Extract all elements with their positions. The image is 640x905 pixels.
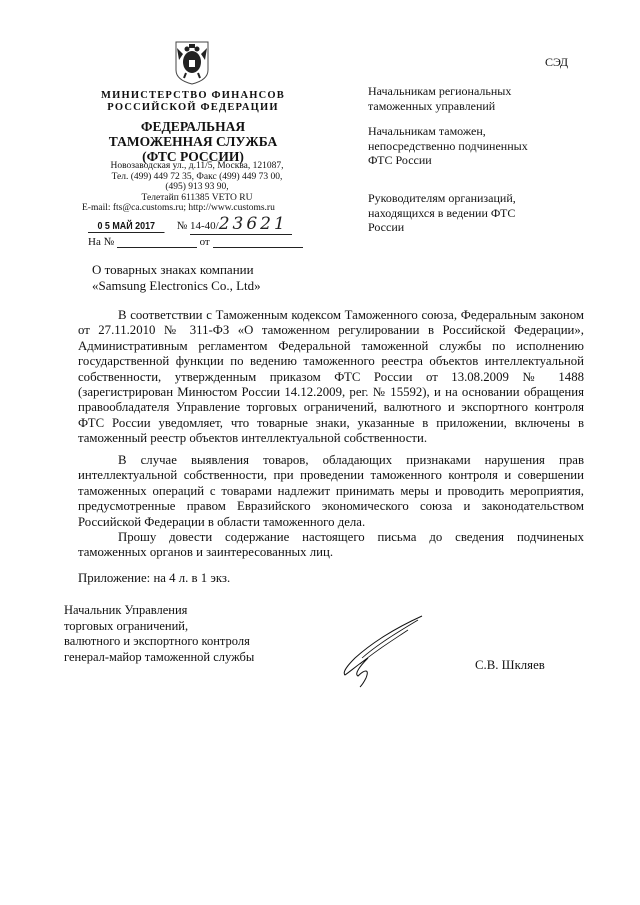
handwritten-number: 23621 — [219, 214, 288, 234]
reference-line: На № от — [88, 236, 303, 248]
addressee-organizations: Руководителям организаций, находящихся в… — [368, 191, 598, 235]
contact-details: Новозаводская ул., д.11/5, Москва, 12108… — [92, 161, 302, 203]
body-paragraph-2: В случае выявления товаров, обладающих п… — [78, 453, 584, 530]
sed-marker: СЭД — [545, 55, 568, 70]
registration-line: 0 5 МАЙ 2017 № 14-40/23621 — [88, 214, 292, 234]
document-number: 14-40/23621 — [190, 214, 292, 235]
body-paragraph-3: Прошу довести содержание настоящего пись… — [78, 530, 584, 561]
email-website: E-mail: fts@ca.customs.ru; http://www.cu… — [82, 203, 275, 213]
signer-position: Начальник Управления торговых ограничени… — [64, 603, 254, 665]
number-label: № — [177, 220, 188, 232]
date-stamp: 0 5 МАЙ 2017 — [88, 220, 165, 233]
body-paragraph-1: В соответствии с Таможенным кодексом Там… — [78, 308, 584, 447]
handwritten-signature-icon — [320, 608, 430, 688]
ref-date-blank — [213, 237, 303, 248]
addressee-customs: Начальникам таможен, непосредственно под… — [368, 124, 598, 168]
service-name: ФЕДЕРАЛЬНАЯ ТАМОЖЕННАЯ СЛУЖБА (ФТС РОССИ… — [88, 119, 298, 164]
signer-name: С.В. Шкляев — [475, 658, 545, 673]
letter-subject: О товарных знаках компании «Samsung Elec… — [92, 262, 261, 293]
ref-number-blank — [117, 237, 197, 248]
attachment-note: Приложение: на 4 л. в 1 экз. — [78, 571, 230, 586]
ministry-name: МИНИСТЕРСТВО ФИНАНСОВ РОССИЙСКОЙ ФЕДЕРАЦ… — [88, 91, 298, 114]
addressee-regional: Начальникам региональных таможенных упра… — [368, 84, 598, 113]
coat-of-arms-emblem-icon — [174, 40, 210, 86]
